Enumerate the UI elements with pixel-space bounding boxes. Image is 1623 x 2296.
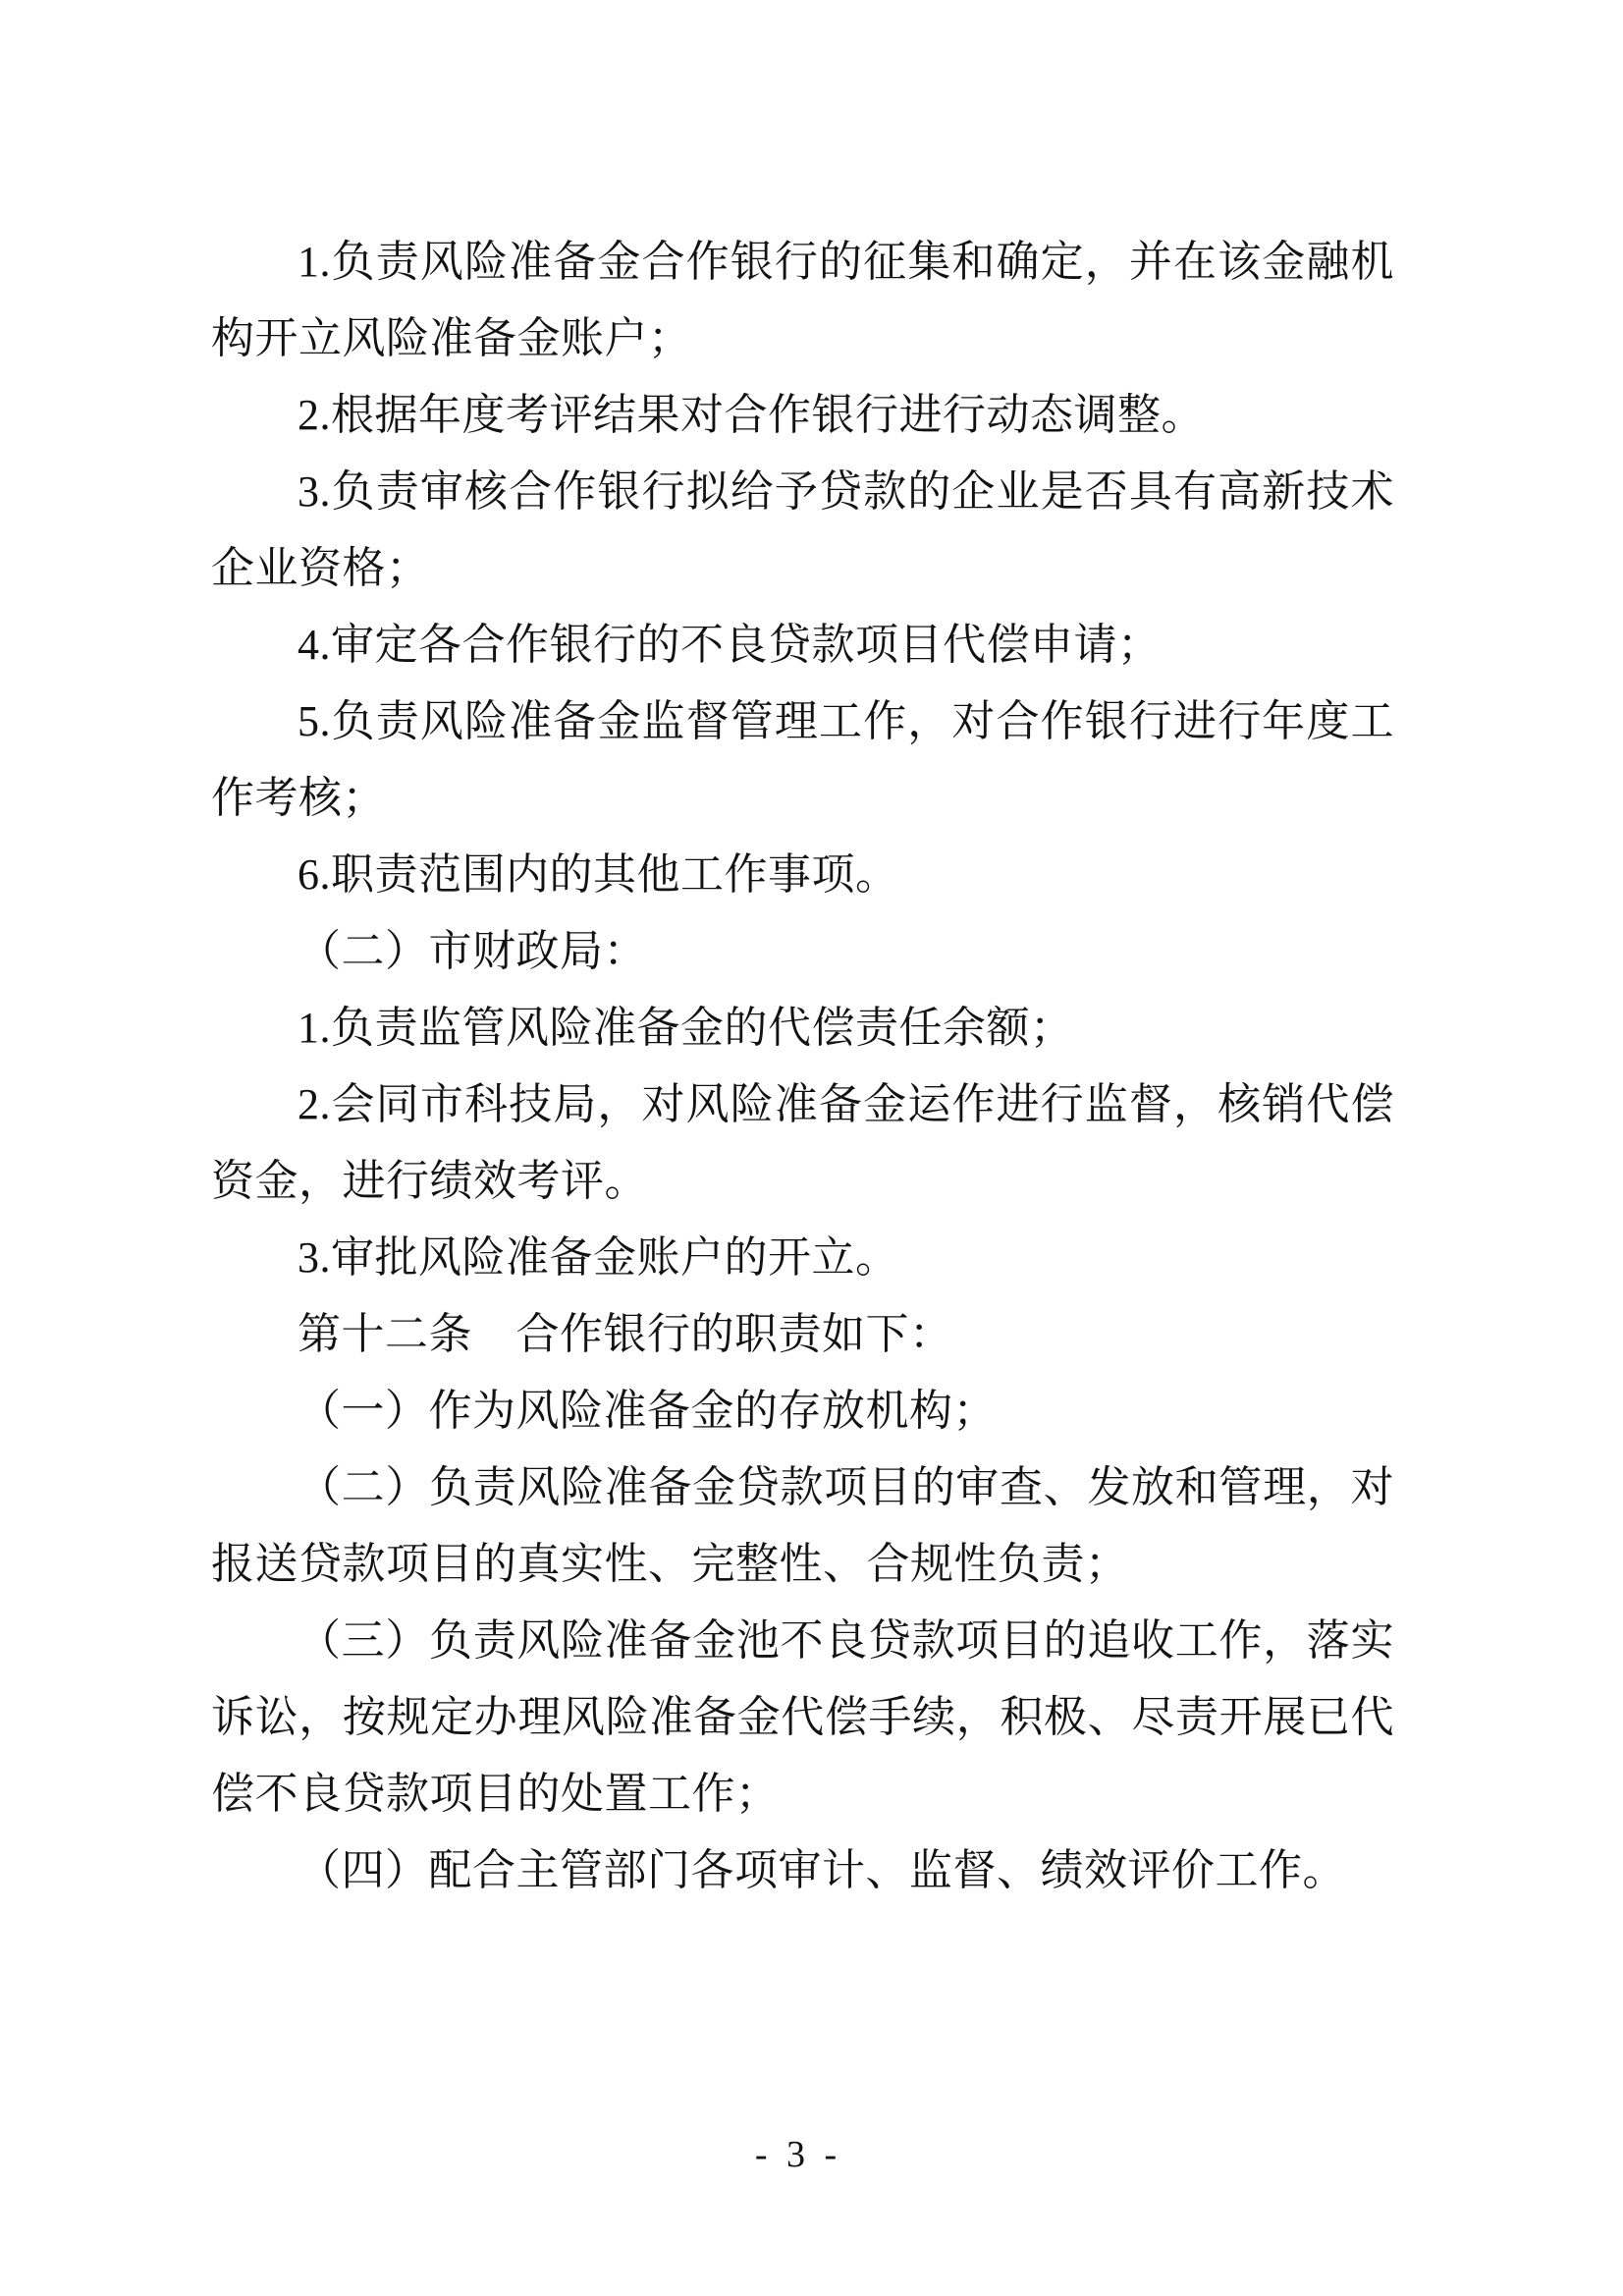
text-line: （四）配合主管部门各项审计、监督、绩效评价工作。: [211, 1832, 1394, 1909]
text-line: 3.审批风险准备金账户的开立。: [211, 1220, 1394, 1296]
text-line: 作考核；: [211, 760, 1394, 837]
text-line: 构开立风险准备金账户；: [211, 301, 1394, 377]
text-line: 资金，进行绩效考评。: [211, 1143, 1394, 1220]
text-line: 2.根据年度考评结果对合作银行进行动态调整。: [211, 377, 1394, 454]
text-line: 报送贷款项目的真实性、完整性、合规性负责；: [211, 1526, 1394, 1603]
text-line: 1.负责风险准备金合作银行的征集和确定，并在该金融机: [211, 224, 1394, 301]
document-page: 1.负责风险准备金合作银行的征集和确定，并在该金融机构开立风险准备金账户；2.根…: [0, 0, 1623, 2296]
text-line: 1.负责监管风险准备金的代偿责任余额；: [211, 990, 1394, 1066]
text-line: （三）负责风险准备金池不良贷款项目的追收工作，落实: [211, 1603, 1394, 1679]
text-line: 6.职责范围内的其他工作事项。: [211, 837, 1394, 913]
text-line: 企业资格；: [211, 530, 1394, 607]
page-number: - 3 -: [0, 2133, 1596, 2176]
text-line: 偿不良贷款项目的处置工作；: [211, 1756, 1394, 1832]
text-line: 5.负责风险准备金监督管理工作，对合作银行进行年度工: [211, 683, 1394, 760]
text-line: （二）负责风险准备金贷款项目的审查、发放和管理，对: [211, 1449, 1394, 1526]
text-line: 诉讼，按规定办理风险准备金代偿手续，积极、尽责开展已代: [211, 1679, 1394, 1756]
text-line: 4.审定各合作银行的不良贷款项目代偿申请；: [211, 607, 1394, 683]
text-line: （二）市财政局：: [211, 913, 1394, 990]
text-line: （一）作为风险准备金的存放机构；: [211, 1373, 1394, 1449]
document-body: 1.负责风险准备金合作银行的征集和确定，并在该金融机构开立风险准备金账户；2.根…: [211, 224, 1394, 1909]
text-line: 第十二条 合作银行的职责如下：: [211, 1296, 1394, 1373]
text-line: 2.会同市科技局，对风险准备金运作进行监督，核销代偿: [211, 1066, 1394, 1143]
text-line: 3.负责审核合作银行拟给予贷款的企业是否具有高新技术: [211, 454, 1394, 530]
